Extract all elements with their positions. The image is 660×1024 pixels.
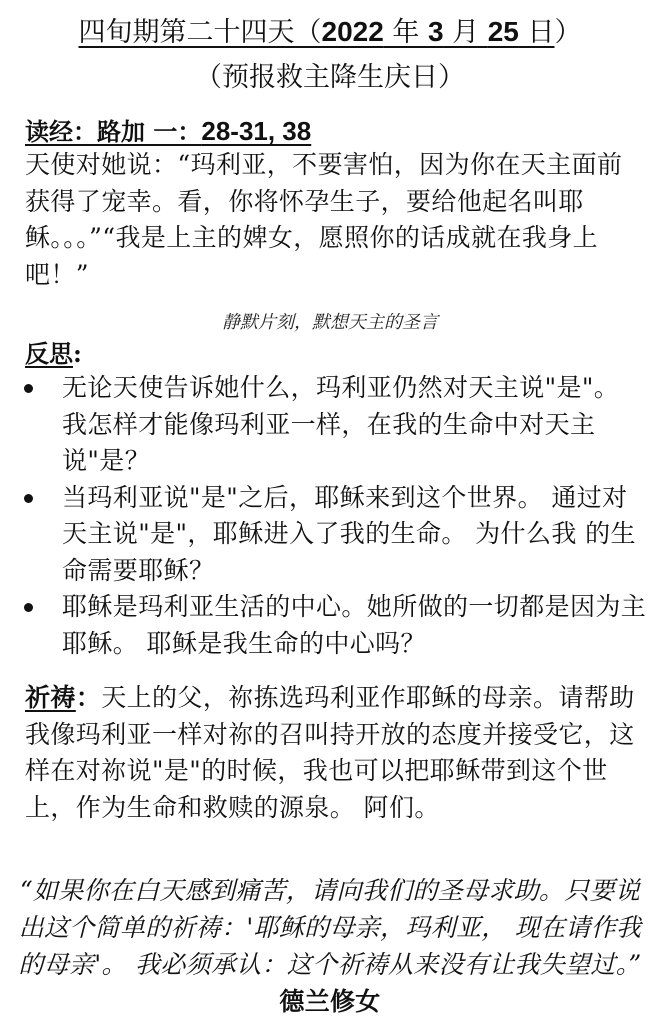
- title-month: 3: [428, 16, 444, 47]
- reflection-colon: :: [73, 339, 82, 368]
- devotional-page: 四旬期第二十四天（2022 年 3 月 25 日） （预报救主降生庆日） 读经：…: [0, 0, 660, 1024]
- closing-quote: “如果你在白天感到痛苦，请向我们的圣母求助。只要说出这个简单的祈祷：'耶稣的母亲…: [10, 872, 650, 1020]
- list-item-text: 当玛利亚说"是"之后，耶稣来到这个世界。 通过对天主说"是"，耶稣进入了我的生命…: [62, 483, 636, 585]
- prayer-colon: ：: [76, 683, 101, 712]
- reading-book: 路加 一：: [97, 117, 201, 146]
- list-item: 耶稣是玛利亚生活的中心。她所做的一切都是因为主耶稣。 耶稣是我生命的中心吗？: [0, 589, 660, 662]
- page-title: 四旬期第二十四天（2022 年 3 月 25 日）: [0, 12, 660, 53]
- bullet-icon: [24, 603, 33, 612]
- reading-label: 读经：: [25, 117, 97, 146]
- title-day: 25: [488, 16, 519, 47]
- reading-heading-underlined: 读经：路加 一：28-31, 38: [25, 117, 311, 146]
- list-item-text: 无论天使告诉她什么，玛利亚仍然对天主说"是"。 我怎样才能像玛利亚一样，在我的生…: [62, 373, 619, 475]
- reading-heading: 读经：路加 一：28-31, 38: [25, 114, 311, 149]
- title-suffix: ）: [554, 17, 581, 48]
- reading-reference: 28-31, 38: [201, 116, 311, 146]
- quote-text: “如果你在白天感到痛苦，请向我们的圣母求助。只要说出这个简单的祈祷：'耶稣的母亲…: [18, 876, 641, 979]
- quote-author: 德兰修女: [279, 987, 380, 1016]
- list-item-text: 耶稣是玛利亚生活的中心。她所做的一切都是因为主耶稣。 耶稣是我生命的中心吗？: [62, 592, 646, 658]
- prayer-label: 祈祷: [25, 683, 76, 712]
- title-year: 2022: [322, 16, 384, 47]
- reflection-heading: 反思:: [25, 337, 82, 371]
- meditation-note: 静默片刻，默想天主的圣言: [0, 309, 660, 337]
- title-month-unit: 月: [444, 17, 488, 48]
- reflection-label: 反思: [25, 339, 73, 368]
- title-day-unit: 日: [519, 17, 555, 48]
- list-item: 当玛利亚说"是"之后，耶稣来到这个世界。 通过对天主说"是"，耶稣进入了我的生命…: [0, 480, 660, 590]
- prayer-section: 祈祷：天上的父，祢拣选玛利亚作耶稣的母亲。请帮助我像玛利亚一样对祢的召叫持开放的…: [25, 680, 645, 826]
- list-item: 无论天使告诉她什么，玛利亚仍然对天主说"是"。 我怎样才能像玛利亚一样，在我的生…: [0, 370, 660, 480]
- prayer-text: 天上的父，祢拣选玛利亚作耶稣的母亲。请帮助我像玛利亚一样对祢的召叫持开放的态度并…: [25, 683, 635, 822]
- bullet-icon: [24, 494, 33, 503]
- title-underlined: 四旬期第二十四天（2022 年 3 月 25 日: [79, 17, 555, 48]
- reading-text: 天使对她说：“玛利亚，不要害怕，因为你在天主面前获得了宠幸。看，你将怀孕生子，要…: [25, 147, 645, 293]
- page-subtitle: （预报救主降生庆日）: [0, 58, 660, 98]
- reflection-list: 无论天使告诉她什么，玛利亚仍然对天主说"是"。 我怎样才能像玛利亚一样，在我的生…: [0, 370, 660, 662]
- title-year-unit: 年: [384, 17, 428, 48]
- title-prefix: 四旬期第二十四天（: [79, 17, 322, 48]
- bullet-icon: [24, 384, 33, 393]
